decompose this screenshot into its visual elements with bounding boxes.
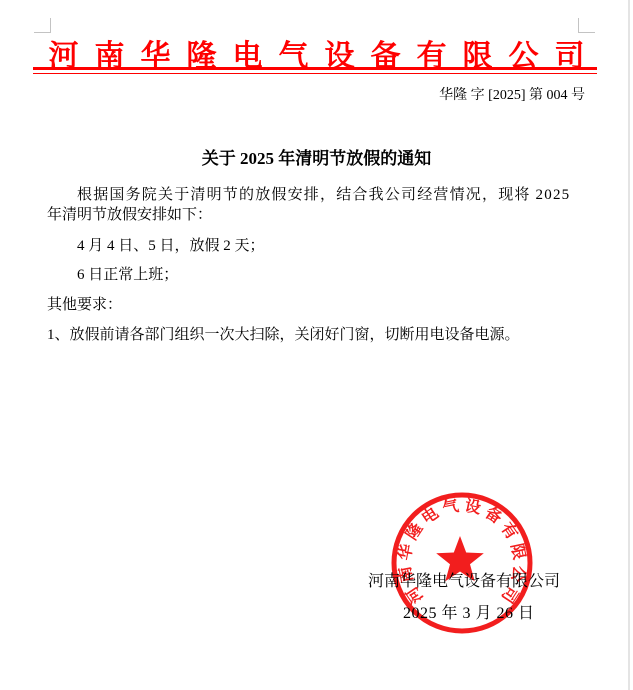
other-requirements-heading: 其他要求： bbox=[47, 293, 122, 314]
paragraph-intro-line2: 年清明节放假安排如下： bbox=[47, 203, 212, 224]
letterhead-double-rule bbox=[33, 67, 597, 74]
document-number: 华隆 字 [2025] 第 004 号 bbox=[439, 84, 585, 104]
notice-title: 关于 2025 年清明节放假的通知 bbox=[0, 144, 633, 169]
signature-date: 2025 年 3 月 26 日 bbox=[403, 600, 535, 623]
workday-line: 6 日正常上班； bbox=[77, 263, 178, 284]
holiday-dates-line: 4 月 4 日、5 日，放假 2 天； bbox=[77, 234, 265, 255]
signature-company-name: 河南华隆电气设备有限公司 bbox=[368, 568, 560, 591]
page-edge-divider bbox=[628, 0, 630, 690]
paragraph-intro-line1: 根据国务院关于清明节的放假安排，结合我公司经营情况，现将 2025 bbox=[77, 183, 570, 204]
requirement-item-1: 1、放假前请各部门组织一次大扫除，关闭好门窗，切断用电设备电源。 bbox=[47, 323, 520, 344]
